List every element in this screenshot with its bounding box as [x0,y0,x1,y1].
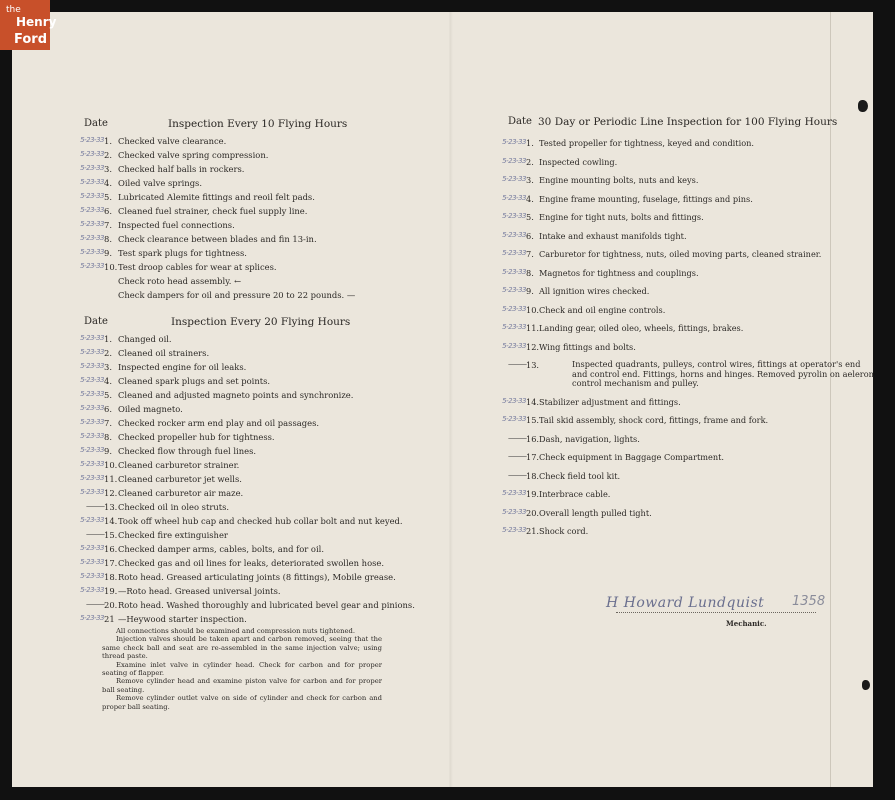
item-number: 17. [104,558,117,568]
note-paragraph: Remove cylinder outlet valve on side of … [102,694,382,711]
item-date: 5-23-33 [66,404,104,412]
checklist-item: 5-23-335.Cleaned and adjusted magneto po… [82,390,422,404]
item-date: 5-23-33 [66,572,104,580]
item-date: 5-23-33 [66,348,104,356]
checklist-item: ———13.Inspected quadrants, pulleys, cont… [506,360,841,389]
item-date: ——— [66,530,104,538]
checklist-item: 5-23-3321.Shock cord. [506,526,841,545]
item-number: 12. [104,488,117,498]
checklist-item: Check dampers for oil and pressure 20 to… [82,290,422,304]
item-text: Took off wheel hub cap and checked hub c… [118,516,403,526]
item-number: 10. [526,305,539,315]
item-date: 5-23-33 [486,508,526,516]
henry-ford-logo: the Henry Ford [0,0,50,50]
checklist-item: 5-23-336.Cleaned fuel strainer, check fu… [82,206,422,220]
checklist-item: 5-23-3319.—Roto head. Greased universal … [82,586,422,600]
item-number: 12. [526,342,539,352]
item-number: 4. [104,376,112,386]
item-date: 5-23-33 [66,446,104,454]
item-text: Check roto head assembly. ← [118,276,241,286]
item-text: Dash, navigation, lights. [539,434,640,444]
item-text: Shock cord. [539,526,588,536]
checklist-item: 5-23-3312.Wing fittings and bolts. [506,342,841,361]
item-date: 5-23-33 [486,268,526,276]
item-text: Test spark plugs for tightness. [118,248,247,258]
item-text: Checked valve spring compression. [118,150,268,160]
checklist-item: 5-23-3311.Cleaned carburetor jet wells. [82,474,422,488]
item-number: 15. [104,530,117,540]
item-date: 5-23-33 [66,418,104,426]
item-number: 7. [104,220,112,230]
item-text: Checked rocker arm end play and oil pass… [118,418,319,428]
item-text: Engine for tight nuts, bolts and fitting… [539,212,704,222]
checklist-item: 5-23-332.Cleaned oil strainers. [82,348,422,362]
checklist-item: 5-23-339.Checked flow through fuel lines… [82,446,422,460]
item-number: 4. [526,194,534,204]
item-text: Roto head. Washed thoroughly and lubrica… [118,600,415,610]
item-number: 8. [104,234,112,244]
item-number: 20. [526,508,539,518]
item-date: 5-23-33 [66,390,104,398]
item-number: 10. [104,460,117,470]
item-text: Check field tool kit. [539,471,620,481]
item-text: Intake and exhaust manifolds tight. [539,231,687,241]
item-date: 5-23-33 [486,194,526,202]
item-text: Cleaned spark plugs and set points. [118,376,270,386]
checklist-item: 5-23-3314.Stabilizer adjustment and fitt… [506,397,841,416]
checklist-item: 5-23-335.Engine for tight nuts, bolts an… [506,212,841,231]
item-number: 14. [104,516,117,526]
item-number: 8. [104,432,112,442]
item-text: Interbrace cable. [539,489,610,499]
item-text: Checked fire extinguisher [118,530,228,540]
checklist-item: Check roto head assembly. ← [82,276,422,290]
item-text: Changed oil. [118,334,172,344]
checklist-item: 5-23-3316.Checked damper arms, cables, b… [82,544,422,558]
checklist-item: 5-23-333.Inspected engine for oil leaks. [82,362,422,376]
item-text: Wing fittings and bolts. [539,342,636,352]
item-number: 6. [526,231,534,241]
item-number: 3. [104,362,112,372]
checklist-item: 5-23-338.Check clearance between blades … [82,234,422,248]
item-text: Cleaned and adjusted magneto points and … [118,390,353,400]
checklist-item: ———17.Check equipment in Baggage Compart… [506,452,841,471]
item-date: 5-23-33 [66,544,104,552]
item-number: 5. [104,390,112,400]
checklist-item: ———15.Checked fire extinguisher [82,530,422,544]
item-text: Landing gear, oiled oleo, wheels, fittin… [539,323,743,333]
item-number: 5. [104,192,112,202]
item-date: 5-23-33 [486,249,526,257]
checklist-item: 5-23-334.Cleaned spark plugs and set poi… [82,376,422,390]
item-text: Inspected cowling. [539,157,617,167]
item-date: 5-23-33 [66,516,104,524]
item-text: Check equipment in Baggage Compartment. [539,452,724,462]
section-title: 30 Day or Periodic Line Inspection for 1… [538,116,837,128]
note-paragraph: Examine inlet valve in cylinder head. Ch… [102,661,382,678]
item-text: Inspected engine for oil leaks. [118,362,246,372]
checklist-item: ———18.Check field tool kit. [506,471,841,490]
item-text: Cleaned carburetor strainer. [118,460,239,470]
right-column: Date 30 Day or Periodic Line Inspection … [506,116,841,545]
item-text: Inspected fuel connections. [118,220,235,230]
checklist-item: 5-23-3318.Roto head. Greased articulatin… [82,572,422,586]
checklist-item: 5-23-339.All ignition wires checked. [506,286,841,305]
item-text: Checked oil in oleo struts. [118,502,229,512]
item-date: 5-23-33 [66,614,104,622]
section-10-header: Date Inspection Every 10 Flying Hours [82,118,422,136]
item-date: 5-23-33 [66,262,104,270]
item-date: 5-23-33 [66,586,104,594]
item-date: 5-23-33 [66,220,104,228]
checklist-item: 5-23-332.Checked valve spring compressio… [82,150,422,164]
item-date: 5-23-33 [486,305,526,313]
starter-notes: All connections should be examined and c… [102,627,382,711]
item-number: 3. [104,164,112,174]
item-date: 5-23-33 [486,397,526,405]
item-date: 5-23-33 [66,558,104,566]
checklist-item: 5-23-3321—Heywood starter inspection. [82,614,422,628]
section-20-list: 5-23-331.Changed oil.5-23-332.Cleaned oi… [82,334,422,628]
checklist-item: 5-23-338.Magnetos for tightness and coup… [506,268,841,287]
item-number: 14. [526,397,539,407]
item-text: Magnetos for tightness and couplings. [539,268,699,278]
item-number: 5. [526,212,534,222]
item-text: Checked damper arms, cables, bolts, and … [118,544,324,554]
item-text: Checked gas and oil lines for leaks, det… [118,558,384,568]
checklist-item: 5-23-335.Lubricated Alemite fittings and… [82,192,422,206]
section-100-header: Date 30 Day or Periodic Line Inspection … [506,116,841,138]
item-number: 9. [104,446,112,456]
item-number: 18. [526,471,539,481]
section-100-list: 5-23-331.Tested propeller for tightness,… [506,138,841,545]
item-date: 5-23-33 [66,206,104,214]
binding-hole-icon [862,680,870,690]
item-date: ——— [66,600,104,608]
checklist-item: 5-23-331.Checked valve clearance. [82,136,422,150]
item-number: 1. [526,138,534,148]
item-text: Checked valve clearance. [118,136,226,146]
date-column-label: Date [508,116,532,127]
date-column-label: Date [84,118,108,129]
item-text: Stabilizer adjustment and fittings. [539,397,681,407]
item-date: 5-23-33 [66,234,104,242]
item-text: —Roto head. Greased universal joints. [118,586,281,596]
checklist-item: 5-23-3310.Test droop cables for wear at … [82,262,422,276]
item-date: 5-23-33 [66,488,104,496]
item-text: Overall length pulled tight. [539,508,652,518]
item-number: 16. [104,544,117,554]
item-date: 5-23-33 [486,323,526,331]
item-text: Test droop cables for wear at splices. [118,262,277,272]
checklist-item: 5-23-338.Checked propeller hub for tight… [82,432,422,446]
item-date: 5-23-33 [486,415,526,423]
item-date: ——— [66,502,104,510]
item-text: Lubricated Alemite fittings and reoil fe… [118,192,315,202]
item-number: 18. [104,572,117,582]
item-text: Checked propeller hub for tightness. [118,432,275,442]
item-date: 5-23-33 [66,362,104,370]
item-number: 10. [104,262,117,272]
item-text: Carburetor for tightness, nuts, oiled mo… [539,249,821,259]
checklist-item: 5-23-3319.Interbrace cable. [506,489,841,508]
item-number: 1. [104,334,112,344]
checklist-item: 5-23-334.Oiled valve springs. [82,178,422,192]
item-number: 9. [104,248,112,258]
item-date: 5-23-33 [486,489,526,497]
item-number: 13. [104,502,117,512]
item-number: 7. [104,418,112,428]
checklist-item: 5-23-3320.Overall length pulled tight. [506,508,841,527]
checklist-item: 5-23-339.Test spark plugs for tightness. [82,248,422,262]
item-date: 5-23-33 [66,164,104,172]
item-text: —Heywood starter inspection. [118,614,247,624]
date-column-label: Date [84,316,108,327]
checklist-item: 5-23-331.Changed oil. [82,334,422,348]
item-date: 5-23-33 [66,248,104,256]
logo-ford: Ford [14,33,47,46]
item-text: Tail skid assembly, shock cord, fittings… [539,415,768,425]
checklist-item: 5-23-3312.Cleaned carburetor air maze. [82,488,422,502]
binding-hole-icon [858,100,868,112]
item-text: Tested propeller for tightness, keyed an… [539,138,754,148]
item-date: ——— [486,452,526,460]
item-number: 15. [526,415,539,425]
item-date: 5-23-33 [486,286,526,294]
checklist-item: 5-23-337.Inspected fuel connections. [82,220,422,234]
item-date: ——— [486,360,526,368]
item-number: 2. [104,348,112,358]
item-text: Cleaned oil strainers. [118,348,209,358]
item-text: Oiled magneto. [118,404,183,414]
checklist-item: 5-23-337.Carburetor for tightness, nuts,… [506,249,841,268]
item-date: 5-23-33 [486,175,526,183]
item-date: ——— [486,434,526,442]
item-text: All ignition wires checked. [539,286,649,296]
section-title: Inspection Every 10 Flying Hours [168,118,347,130]
item-date: 5-23-33 [486,526,526,534]
checklist-item: 5-23-336.Intake and exhaust manifolds ti… [506,231,841,250]
item-number: 9. [526,286,534,296]
checklist-item: 5-23-332.Inspected cowling. [506,157,841,176]
checklist-item: 5-23-3315.Tail skid assembly, shock cord… [506,415,841,434]
item-text: Inspected quadrants, pulleys, control wi… [572,360,874,389]
item-date: 5-23-33 [486,231,526,239]
item-text: Roto head. Greased articulating joints (… [118,572,396,582]
left-column: Date Inspection Every 10 Flying Hours 5-… [82,118,422,628]
checklist-item: 5-23-3314.Took off wheel hub cap and che… [82,516,422,530]
item-number: 1. [104,136,112,146]
item-date: 5-23-33 [66,474,104,482]
item-number: 6. [104,206,112,216]
item-number: 21. [526,526,539,536]
item-text: Oiled valve springs. [118,178,202,188]
item-date: 5-23-33 [66,460,104,468]
item-text: Engine mounting bolts, nuts and keys. [539,175,698,185]
checklist-item: ———20.Roto head. Washed thoroughly and l… [82,600,422,614]
checklist-item: 5-23-334.Engine frame mounting, fuselage… [506,194,841,213]
note-paragraph: Injection valves should be taken apart a… [102,635,382,660]
item-text: Cleaned carburetor air maze. [118,488,243,498]
item-date: 5-23-33 [66,192,104,200]
checklist-item: 5-23-333.Checked half balls in rockers. [82,164,422,178]
checklist-item: 5-23-3317.Checked gas and oil lines for … [82,558,422,572]
item-date: 5-23-33 [66,334,104,342]
item-text: Cleaned carburetor jet wells. [118,474,242,484]
checklist-item: ———16.Dash, navigation, lights. [506,434,841,453]
item-text: Check and oil engine controls. [539,305,665,315]
item-date: 5-23-33 [66,150,104,158]
item-text: Engine frame mounting, fuselage, fitting… [539,194,753,204]
signature-block: H Howard Lundquist 1358 Mechanic. [606,592,846,611]
note-paragraph: All connections should be examined and c… [102,627,382,635]
item-number: 16. [526,434,539,444]
item-text: Cleaned fuel strainer, check fuel supply… [118,206,307,216]
item-date: 5-23-33 [486,212,526,220]
item-text: Check dampers for oil and pressure 20 to… [118,290,355,300]
item-text: Checked flow through fuel lines. [118,446,256,456]
item-number: 11. [526,323,539,333]
item-date: 5-23-33 [66,432,104,440]
section-title: Inspection Every 20 Flying Hours [171,316,350,328]
item-number: 8. [526,268,534,278]
item-number: 4. [104,178,112,188]
item-date: 5-23-33 [486,157,526,165]
item-text: Check clearance between blades and fin 1… [118,234,317,244]
item-number: 17. [526,452,539,462]
signature-line [616,612,816,613]
item-number: 3. [526,175,534,185]
item-date: 5-23-33 [66,178,104,186]
item-date: ——— [486,471,526,479]
checklist-item: 5-23-336.Oiled magneto. [82,404,422,418]
section-20-header: Date Inspection Every 20 Flying Hours [82,316,422,334]
mechanic-signature: H Howard Lundquist [606,595,764,611]
item-text: Checked half balls in rockers. [118,164,244,174]
item-number: 2. [526,157,534,167]
checklist-item: 5-23-3311.Landing gear, oiled oleo, whee… [506,323,841,342]
item-number: 20. [104,600,117,610]
section-10-list: 5-23-331.Checked valve clearance.5-23-33… [82,136,422,304]
item-number: 19. [104,586,117,596]
item-date: 5-23-33 [486,138,526,146]
mechanic-label: Mechanic. [726,619,767,628]
item-number: 19. [526,489,539,499]
item-number: 11. [104,474,117,484]
item-number: 21 [104,614,115,624]
logo-the: the [6,6,21,15]
item-date: 5-23-33 [66,376,104,384]
checklist-item: 5-23-337.Checked rocker arm end play and… [82,418,422,432]
item-number: 6. [104,404,112,414]
checklist-item: 5-23-3310.Check and oil engine controls. [506,305,841,324]
checklist-item: 5-23-333.Engine mounting bolts, nuts and… [506,175,841,194]
checklist-item: 5-23-331.Tested propeller for tightness,… [506,138,841,157]
mechanic-number: 1358 [792,594,825,609]
item-date: 5-23-33 [66,136,104,144]
item-number: 7. [526,249,534,259]
checklist-item: ———13.Checked oil in oleo struts. [82,502,422,516]
logo-henry: Henry [16,16,56,28]
item-date: 5-23-33 [486,342,526,350]
checklist-item: 5-23-3310.Cleaned carburetor strainer. [82,460,422,474]
note-paragraph: Remove cylinder head and examine piston … [102,677,382,694]
item-number: 2. [104,150,112,160]
item-number: 13. [526,360,539,370]
